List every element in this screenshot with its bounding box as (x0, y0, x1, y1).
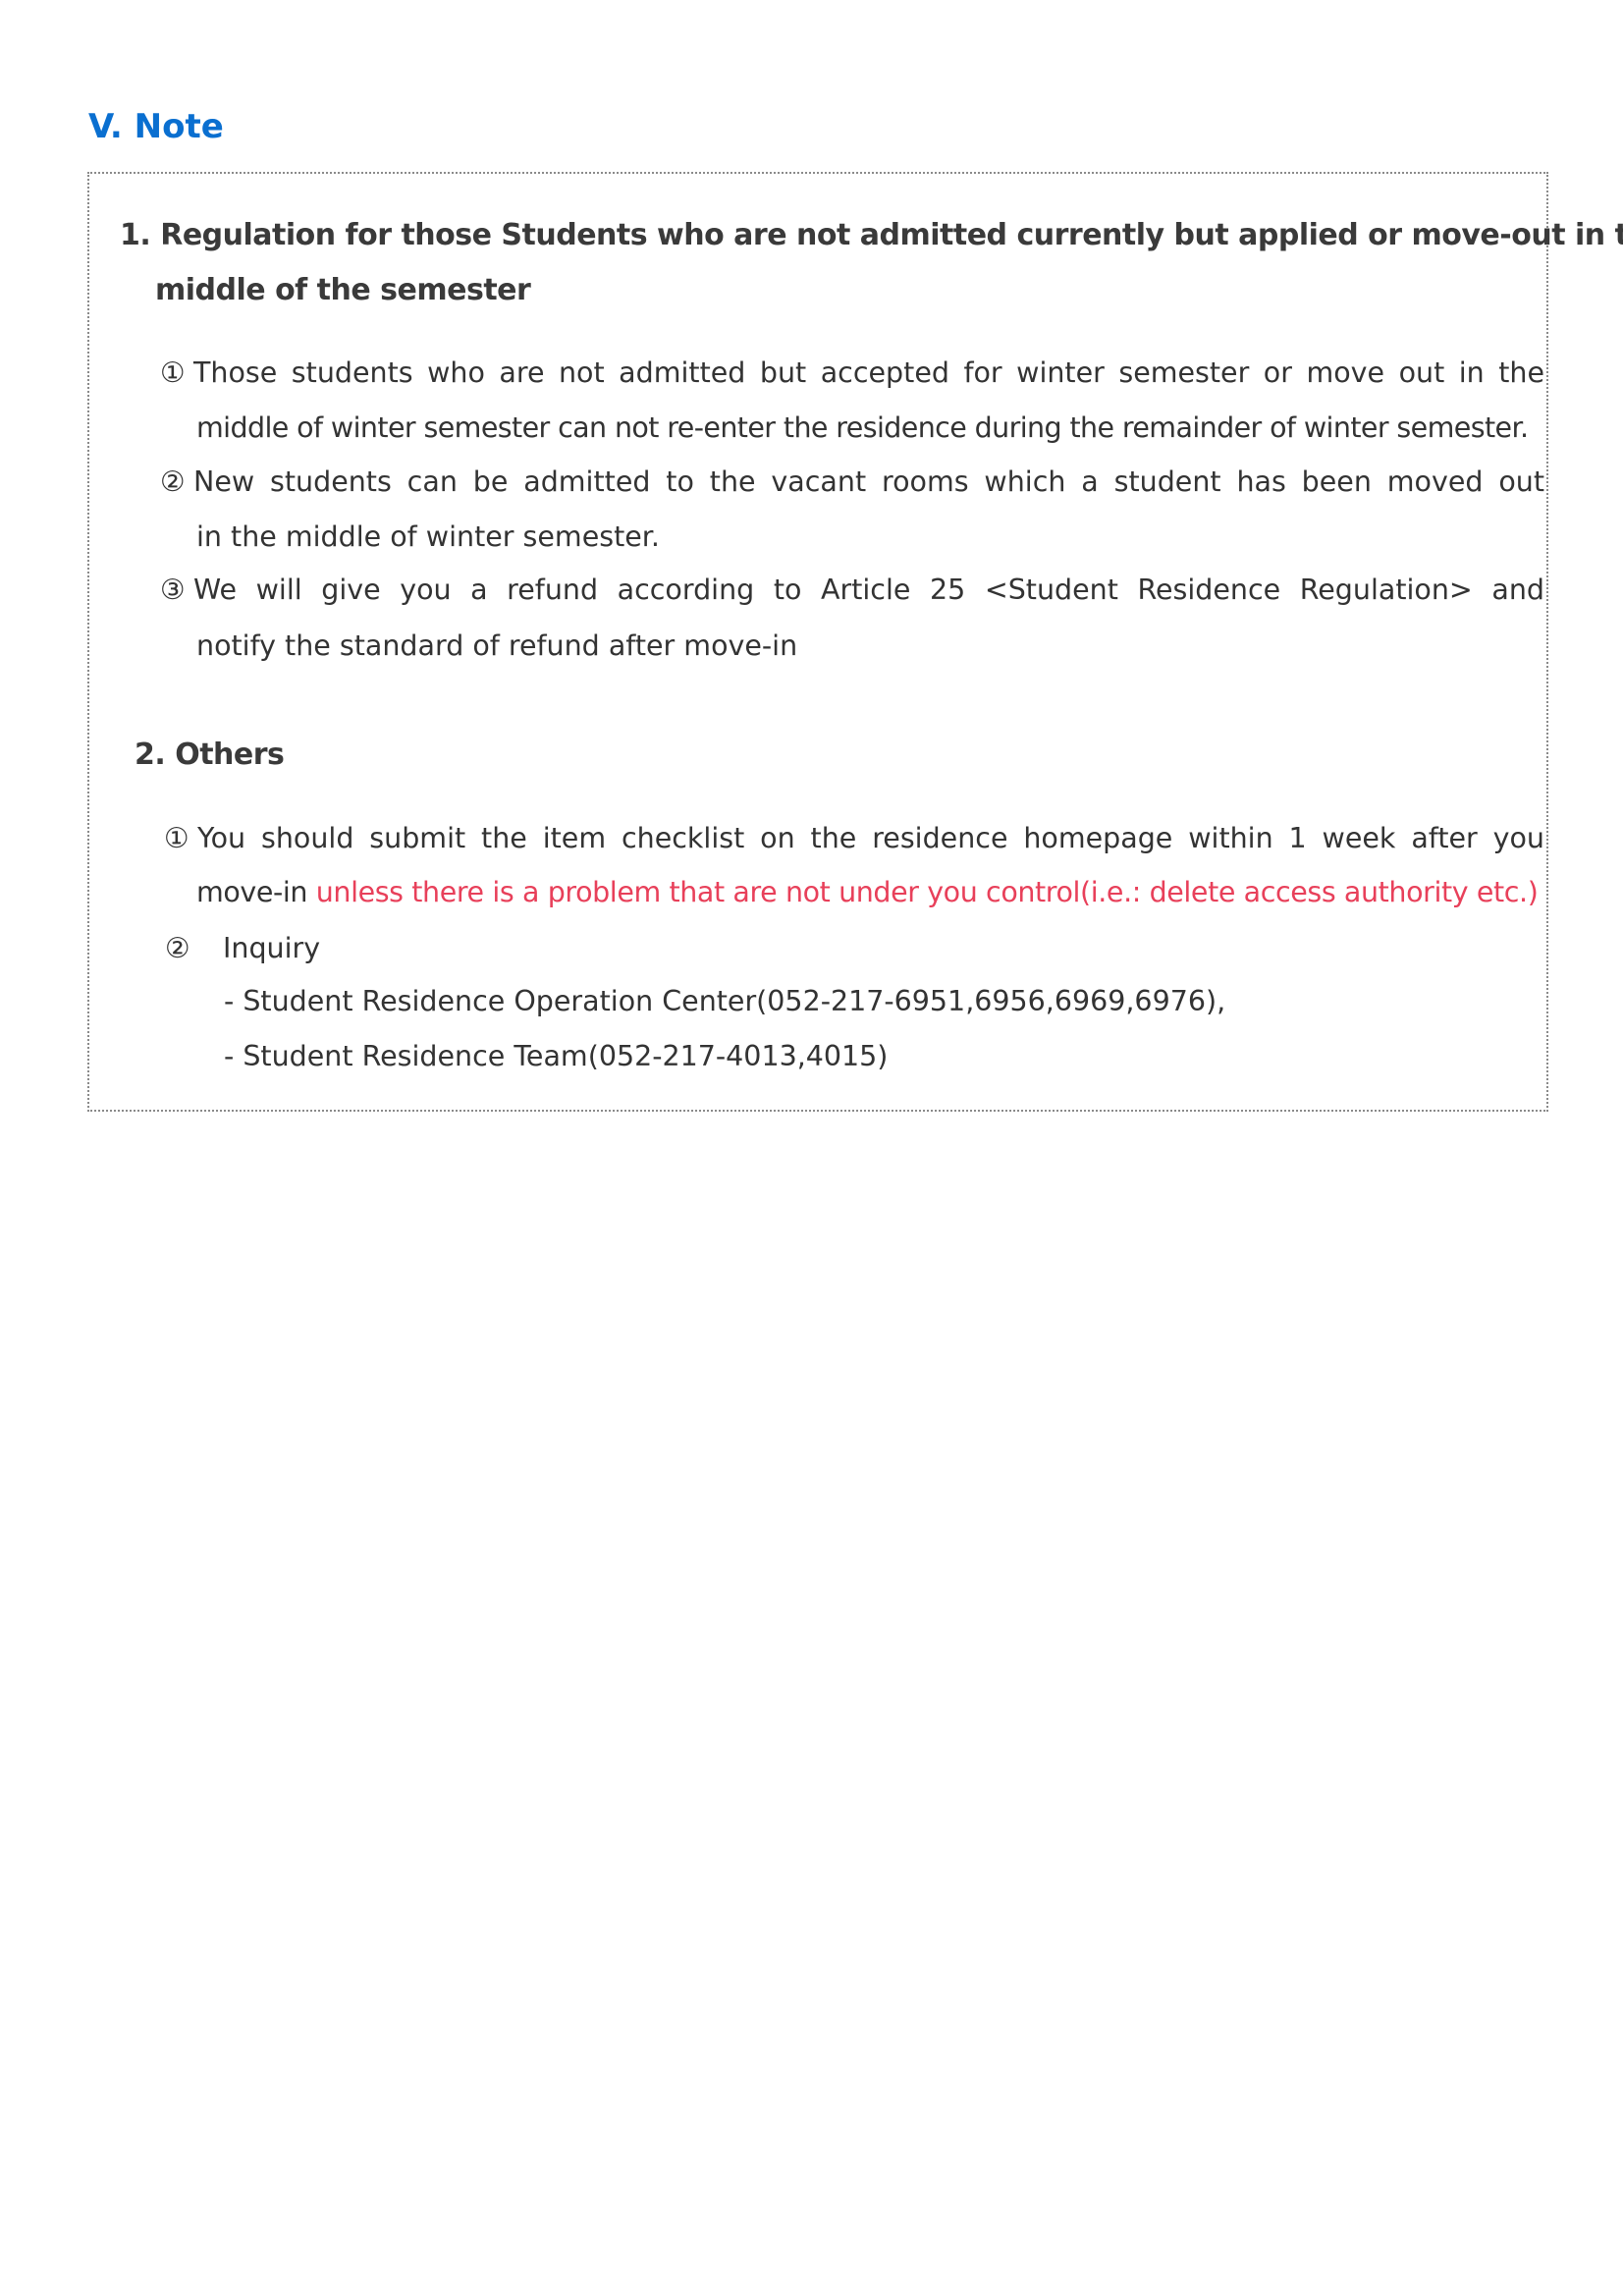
part1-item-1-line1: ①Those students who are not admitted but… (160, 346, 1544, 401)
part1-heading-line2: middle of the semester (155, 263, 530, 318)
part2-item-1-line1: ①You should submit the item checklist on… (164, 811, 1544, 866)
part2-item-1-line2: move-in unless there is a problem that a… (196, 865, 1538, 920)
part1-item-3-line1: ③We will give you a refund according to … (160, 563, 1544, 618)
item-text: move-in (196, 876, 307, 908)
part1-item-2-line1: ②New students can be admitted to the vac… (160, 455, 1544, 510)
contact-operation-center: - Student Residence Operation Center(052… (224, 974, 1225, 1029)
contact-residence-team: - Student Residence Team(052-217-4013,40… (224, 1029, 888, 1084)
part1-item-1-line2: middle of winter semester can not re-ent… (196, 401, 1546, 456)
item-text: You should submit the item checklist on … (197, 822, 1544, 854)
item-text: New students can be admitted to the vaca… (193, 465, 1544, 498)
circled-number-1-icon: ① (160, 346, 193, 401)
part1-heading-line1: 1. Regulation for those Students who are… (120, 208, 1543, 263)
part1-item-3-line2: notify the standard of refund after move… (196, 619, 797, 674)
highlighted-warning-text: unless there is a problem that are not u… (316, 876, 1539, 908)
inquiry-label: Inquiry (223, 932, 320, 964)
circled-number-2-icon: ② (160, 455, 193, 510)
item-text: We will give you a refund according to A… (193, 574, 1544, 606)
section-title: V. Note (88, 102, 224, 151)
part2-item-2-inquiry: ②Inquiry (165, 921, 320, 976)
part2-heading: 2. Others (135, 728, 284, 783)
part1-item-2-line2: in the middle of winter semester. (196, 510, 660, 565)
item-text: Those students who are not admitted but … (193, 356, 1544, 389)
circled-number-2-icon: ② (165, 921, 223, 976)
circled-number-3-icon: ③ (160, 563, 193, 618)
circled-number-1-icon: ① (164, 811, 197, 866)
